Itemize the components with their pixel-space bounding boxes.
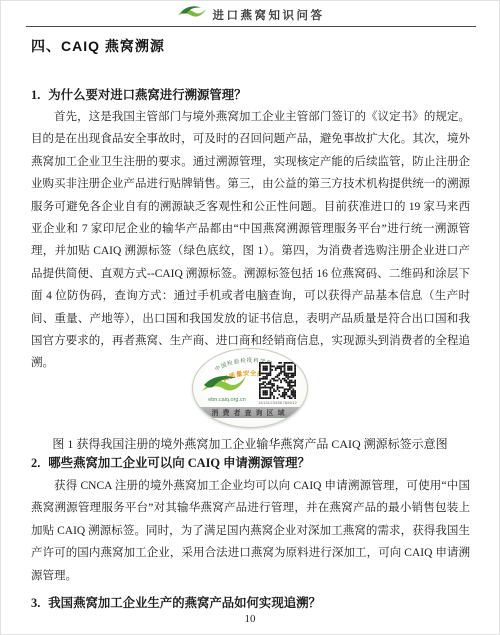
question-2-number: 2. (31, 456, 40, 470)
swallow-logo-icon (176, 3, 208, 27)
qr-code (259, 362, 296, 399)
question-3-number: 3. (31, 596, 40, 610)
qr-code-number: 1613123456789012 (257, 400, 298, 405)
document-page: 进口燕窝知识问答 四、CAIQ 燕窝溯源 1.为什么要对进口燕窝进行溯源管理？ … (0, 0, 500, 635)
page-header: 进口燕窝知识问答 (1, 3, 499, 27)
section-title: 四、CAIQ 燕窝溯源 (31, 36, 165, 56)
question-1-heading: 1.为什么要对进口燕窝进行溯源管理？ (31, 85, 470, 103)
question-2-heading: 2.哪些燕窝加工企业可以向 CAIQ 申请溯源管理？ (31, 453, 470, 471)
header-title: 进口燕窝知识问答 (213, 7, 325, 23)
label-website: ebn.caiq.org.cn (200, 397, 254, 403)
consumer-query-band: 消费者查询区域 (193, 407, 307, 418)
question-1-number: 1. (31, 88, 40, 102)
question-2-title: 哪些燕窝加工企业可以向 CAIQ 申请溯源管理？ (48, 456, 310, 470)
question-3-title: 我国燕窝加工企业生产的燕窝产品如何实现追溯？ (48, 596, 321, 610)
header-divider (26, 26, 476, 27)
page-number: 10 (1, 613, 499, 625)
question-1-title: 为什么要对进口燕窝进行溯源管理？ (48, 88, 246, 102)
caiq-traceability-label: 中国检验检疫科学研究院 燕窝质量安全技术中心 ebn.caiq.org.cn 1… (192, 348, 308, 428)
question-2-answer: 获得 CNCA 注册的境外燕窝加工企业均可以向 CAIQ 申请溯源管理，可使用“… (31, 475, 470, 587)
figure-1: 中国检验检疫科学研究院 燕窝质量安全技术中心 ebn.caiq.org.cn 1… (1, 348, 499, 452)
question-1-answer: 首先，这是我国主管部门与境外燕窝加工企业主管部门签订的《议定书》的规定。目的是在… (31, 106, 470, 375)
question-3-heading: 3.我国燕窝加工企业生产的燕窝产品如何实现追溯？ (31, 593, 470, 611)
figure-1-caption: 图 1 获得我国注册的境外燕窝加工企业输华燕窝产品 CAIQ 溯源标签示意图 (1, 435, 499, 452)
